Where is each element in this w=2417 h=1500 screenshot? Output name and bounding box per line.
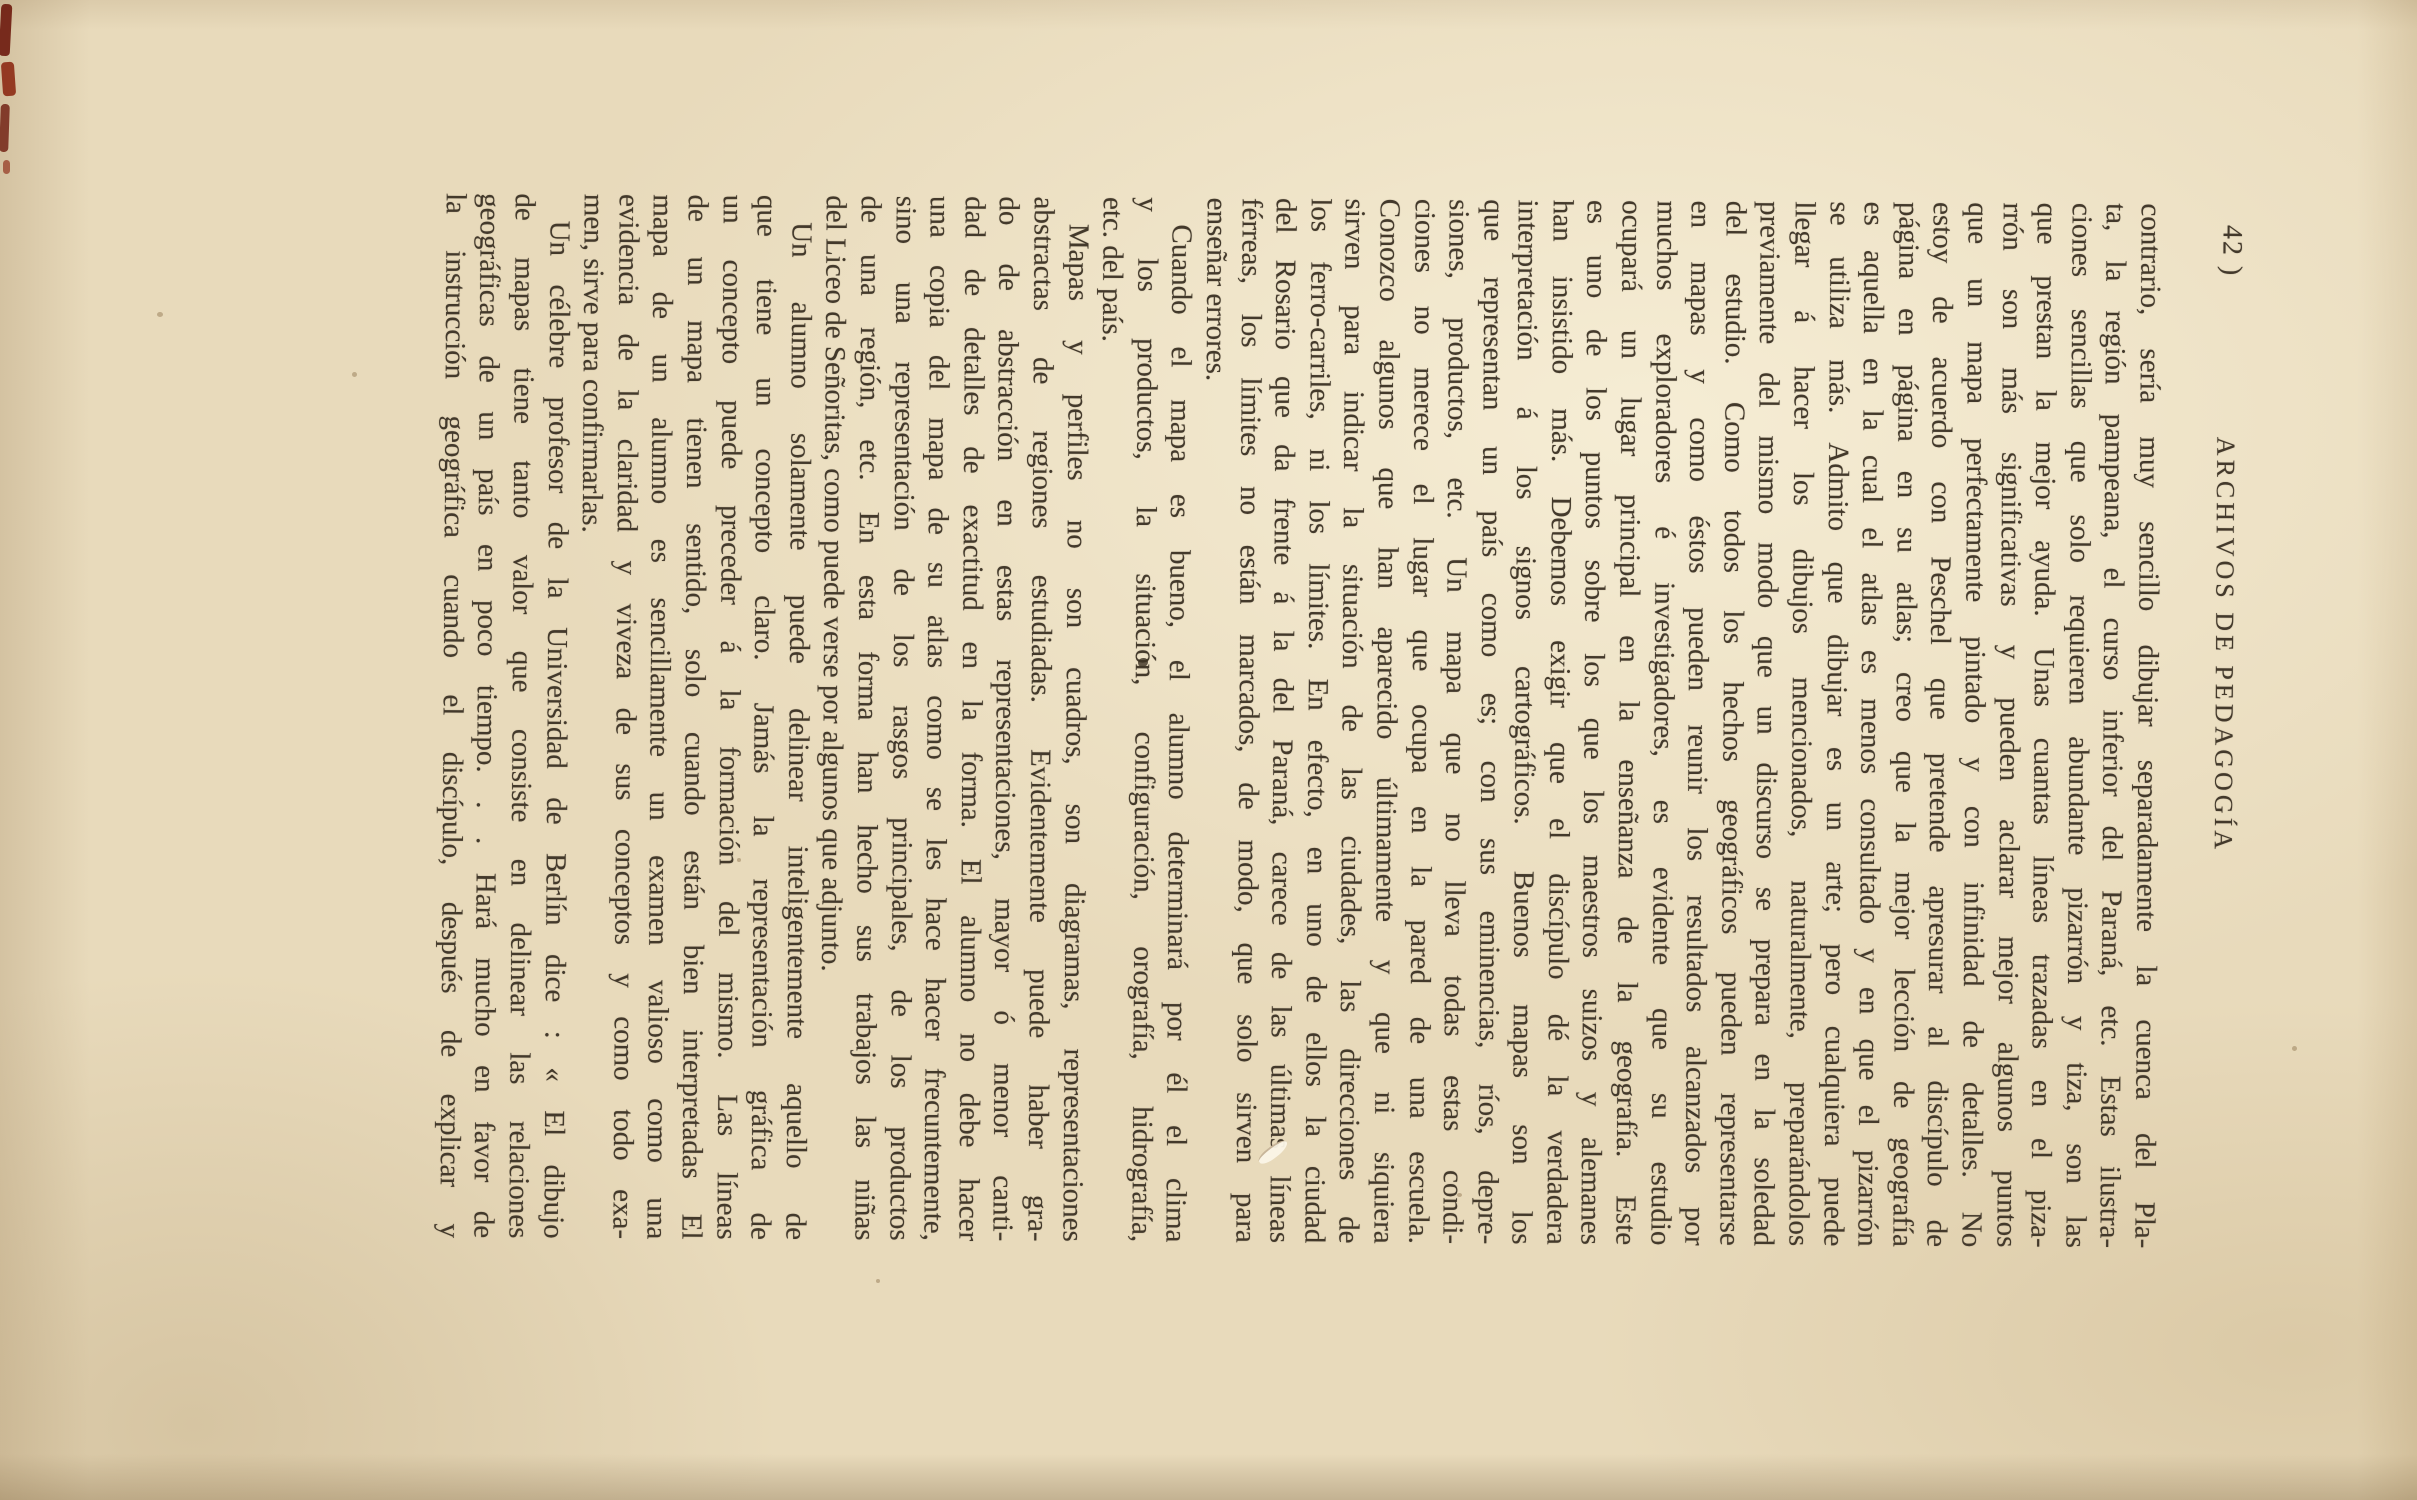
text-line: es aquella en la cual el atlas es menos … bbox=[1850, 202, 1891, 1247]
page-body: contrario, sería muy sencillo dibujar se… bbox=[432, 193, 2168, 1249]
red-ink-edge-mark bbox=[0, 104, 10, 152]
text-line: siones, productos, etc. Un mapa que no l… bbox=[1435, 199, 1476, 1244]
text-line: del estudio. Como todos los hechos geogr… bbox=[1712, 201, 1753, 1246]
ink-speck bbox=[2292, 1046, 2297, 1051]
text-line: ta, la región pampeana, el curso inferio… bbox=[2092, 203, 2133, 1248]
text-line: interpretación á los signos cartográfico… bbox=[1504, 199, 1545, 1244]
scanned-page: 42 ) ARCHIVOS DE PEDAGOGÍA contrario, se… bbox=[0, 0, 2417, 1500]
text-line: página en página en su atlas; creo que l… bbox=[1885, 202, 1926, 1247]
ink-speck bbox=[737, 858, 741, 862]
ink-speck bbox=[352, 372, 357, 377]
text-line: Cuando el mapa es bueno, el alumno deter… bbox=[1158, 197, 1199, 1242]
red-ink-edge-mark bbox=[3, 160, 10, 174]
text-line: evidencia de la claridad y viveza de sus… bbox=[605, 194, 646, 1239]
ink-speck bbox=[157, 312, 163, 317]
text-line: una copia del mapa de su atlas como se l… bbox=[916, 196, 957, 1241]
red-ink-edge-mark bbox=[1, 62, 16, 97]
text-line: Mapas y perfiles no son cuadros, son dia… bbox=[1054, 197, 1095, 1242]
text-line: rrón son más significativas y pueden acl… bbox=[1988, 202, 2029, 1247]
text-line: llegar á hacer los dibujos mencionados, … bbox=[1781, 201, 1822, 1246]
paragraph: Un célebre profesor de la Universidad de… bbox=[432, 193, 577, 1239]
text-line: sino una representación de los rasgos pr… bbox=[881, 196, 922, 1241]
paragraph: contrario, sería muy sencillo dibujar se… bbox=[1193, 198, 2168, 1249]
paragraph: Mapas y perfiles no son cuadros, son dia… bbox=[812, 195, 1095, 1242]
text-line: contrario, sería muy sencillo dibujar se… bbox=[2127, 203, 2168, 1248]
text-line: geográficas de un país en poco tiempo. .… bbox=[466, 193, 507, 1238]
text-line: que prestan la mejor ayuda. Unas cuantas… bbox=[2023, 203, 2064, 1248]
page-number: 42 ) bbox=[2215, 225, 2247, 278]
text-line: se utiliza más. Admito que dibujar es un… bbox=[1815, 201, 1856, 1246]
text-line: que un mapa perfectamente pintado y con … bbox=[1954, 202, 1995, 1247]
text-line: dad de detalles de exactitud en la forma… bbox=[951, 196, 992, 1241]
text-line: de una región, etc. En esta forma han he… bbox=[847, 195, 888, 1240]
text-line: Un célebre profesor de la Universidad de… bbox=[535, 194, 576, 1239]
text-line: estoy de acuerdo con Peschel que pretend… bbox=[1919, 202, 1960, 1247]
text-line: de un mapa tienen sentido, solo cuando e… bbox=[674, 194, 715, 1239]
text-line: ocupará un lugar principal en la enseñan… bbox=[1608, 200, 1649, 1245]
text-line: es uno de los puntos sobre los que los m… bbox=[1573, 200, 1614, 1245]
text-line: férreas, los límites no están marcados, … bbox=[1227, 198, 1268, 1243]
text-line: ciones sencillas que solo requieren abun… bbox=[2058, 203, 2099, 1248]
text-line: previamente del mismo modo que un discur… bbox=[1746, 201, 1787, 1246]
text-line: los ferro-carriles, ni los límites. En e… bbox=[1297, 198, 1338, 1243]
text-line: y los productos, la situación, configura… bbox=[1124, 197, 1165, 1242]
paragraph: Cuando el mapa es bueno, el alumno deter… bbox=[1089, 197, 1199, 1243]
journal-title: ARCHIVOS DE PEDAGOGÍA bbox=[2208, 437, 2241, 853]
text-line: en mapas y como éstos pueden reunir los … bbox=[1677, 201, 1718, 1246]
paragraph: Un alumno solamente puede delinear intel… bbox=[570, 194, 819, 1240]
text-line: han insistido más. Debemos exigir que el… bbox=[1539, 200, 1580, 1245]
text-line: un concepto puede preceder á la formació… bbox=[708, 195, 749, 1240]
text-line: la instrucción geográfica cuando el disc… bbox=[432, 193, 473, 1238]
text-line: del Rosario que da frente á la del Paran… bbox=[1262, 198, 1303, 1243]
page-rotated-content: 42 ) ARCHIVOS DE PEDAGOGÍA contrario, se… bbox=[0, 0, 2417, 1500]
text-line: abstractas de regiones estudiadas. Evide… bbox=[1020, 197, 1061, 1242]
ink-speck bbox=[1457, 1193, 1462, 1197]
text-line: Un alumno solamente puede delinear intel… bbox=[778, 195, 819, 1240]
text-line: de mapas tiene tanto valor que consiste … bbox=[501, 193, 542, 1238]
text-line: ciones no merece el lugar que ocupa en l… bbox=[1400, 199, 1441, 1244]
text-line: Conozco algunos que han aparecido última… bbox=[1366, 199, 1407, 1244]
ink-speck bbox=[876, 1279, 880, 1283]
text-line: mapa de un alumno es sencillamente un ex… bbox=[639, 194, 680, 1239]
text-line: que tiene un concepto claro. Jamás la re… bbox=[743, 195, 784, 1240]
text-line: muchos exploradores é investigadores, es… bbox=[1642, 200, 1683, 1245]
text-line: que representan un país como es; con sus… bbox=[1470, 199, 1511, 1244]
text-line: do de abstracción en estas representacio… bbox=[985, 196, 1026, 1241]
running-head: 42 ) ARCHIVOS DE PEDAGOGÍA bbox=[2180, 0, 2249, 1499]
text-line: sirven para indicar la situación de las … bbox=[1331, 198, 1372, 1243]
